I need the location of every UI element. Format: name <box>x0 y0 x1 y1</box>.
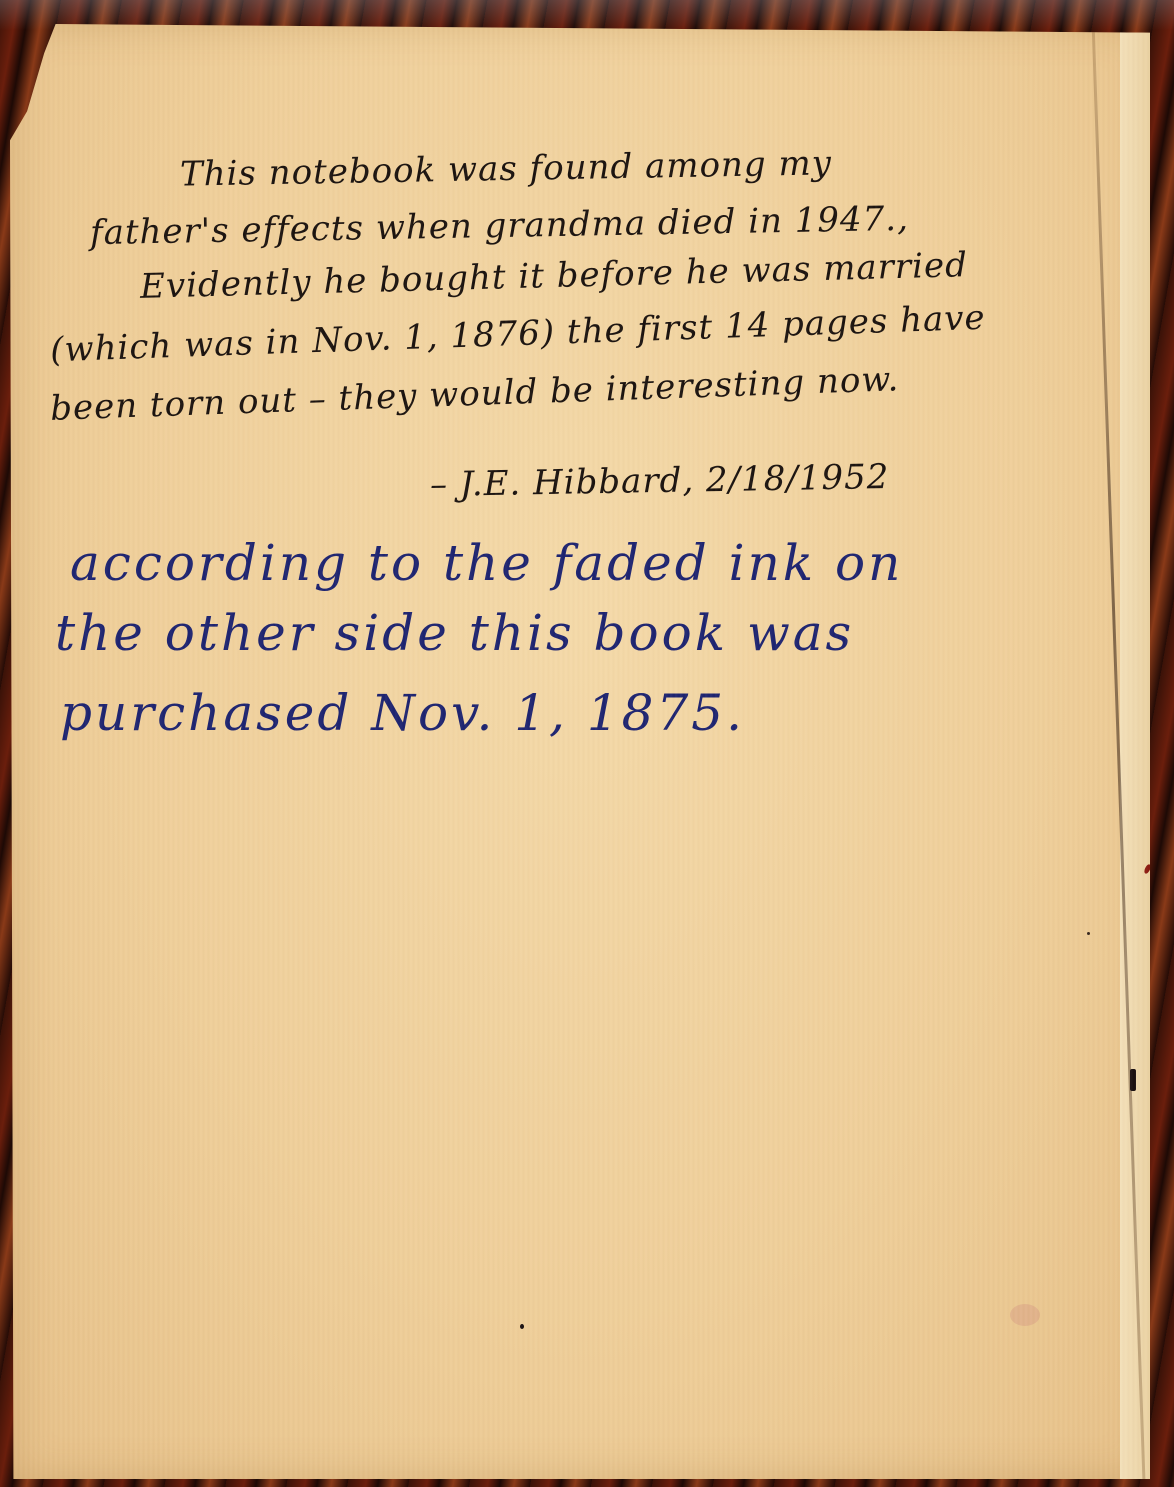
scanned-page: This notebook was found among my father'… <box>0 0 1174 1487</box>
blue-ink-line-1: according to the faded ink on <box>70 534 903 592</box>
black-ink-line-4: (which was in Nov. 1, 1876) the first 14… <box>50 298 987 371</box>
signature: – J.E. Hibbard, 2/18/1952 <box>430 457 890 505</box>
notebook-page: This notebook was found among my father'… <box>10 24 1150 1479</box>
blue-ink-line-3: purchased Nov. 1, 1875. <box>60 684 745 742</box>
black-ink-line-1: This notebook was found among my <box>180 143 833 194</box>
ink-dot <box>520 1324 524 1329</box>
ink-dot <box>1087 932 1090 935</box>
faint-stain <box>1010 1304 1040 1326</box>
ink-spot-black <box>1130 1069 1136 1091</box>
black-ink-line-3: Evidently he bought it before he was mar… <box>140 245 969 307</box>
black-ink-line-2: father's effects when grandma died in 19… <box>90 199 909 253</box>
black-ink-line-5: been torn out – they would be interestin… <box>50 359 900 429</box>
blue-ink-line-2: the other side this book was <box>55 604 854 662</box>
